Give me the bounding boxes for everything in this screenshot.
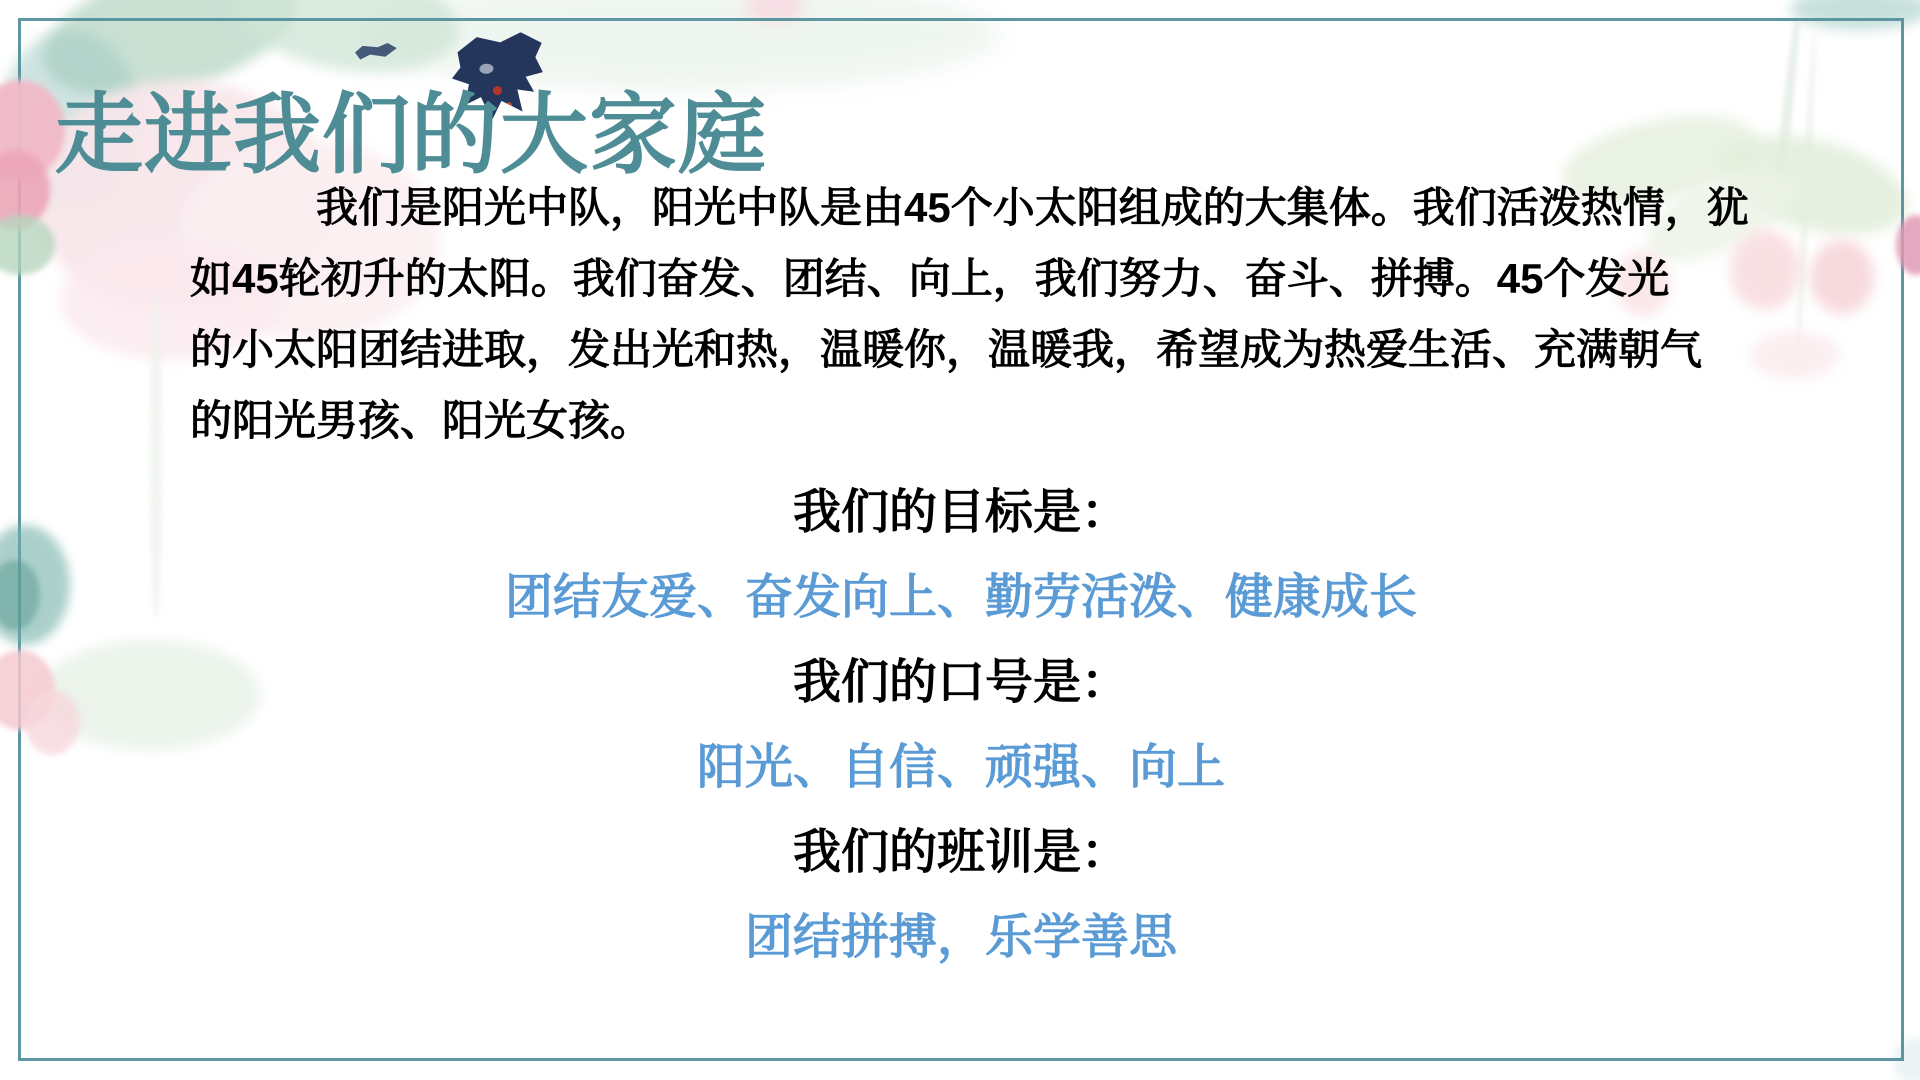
goal-heading: 我们的目标是： — [21, 470, 1901, 555]
paragraph-line: 的阳光男孩、阳光女孩。 — [190, 385, 1749, 456]
paragraph-line: 我们是阳光中队，阳光中队是由45个小太阳组成的大集体。我们活泼热情，犹 — [190, 172, 1749, 243]
motto-value: 团结拼搏，乐学善思 — [21, 895, 1901, 980]
paragraph-line: 的小太阳团结进取，发出光和热，温暖你，温暖我，希望成为热爱生活、充满朝气 — [190, 314, 1749, 385]
slogan-value: 阳光、自信、顽强、向上 — [21, 725, 1901, 810]
motto-heading: 我们的班训是： — [21, 810, 1901, 895]
paragraph-line: 如45轮初升的太阳。我们奋发、团结、向上，我们努力、奋斗、拼搏。45个发光 — [190, 243, 1749, 314]
goal-value: 团结友爱、奋发向上、勤劳活泼、健康成长 — [21, 555, 1901, 640]
intro-paragraph: 我们是阳光中队，阳光中队是由45个小太阳组成的大集体。我们活泼热情，犹 如45轮… — [190, 172, 1749, 456]
slogan-heading: 我们的口号是： — [21, 640, 1901, 725]
presentation-slide: 走进我们的大家庭 我们是阳光中队，阳光中队是由45个小太阳组成的大集体。我们活泼… — [0, 0, 1920, 1080]
page-title: 走进我们的大家庭 — [55, 87, 767, 184]
ink-hole-decoration — [479, 64, 494, 75]
class-values-section: 我们的目标是： 团结友爱、奋发向上、勤劳活泼、健康成长 我们的口号是： 阳光、自… — [21, 470, 1901, 980]
